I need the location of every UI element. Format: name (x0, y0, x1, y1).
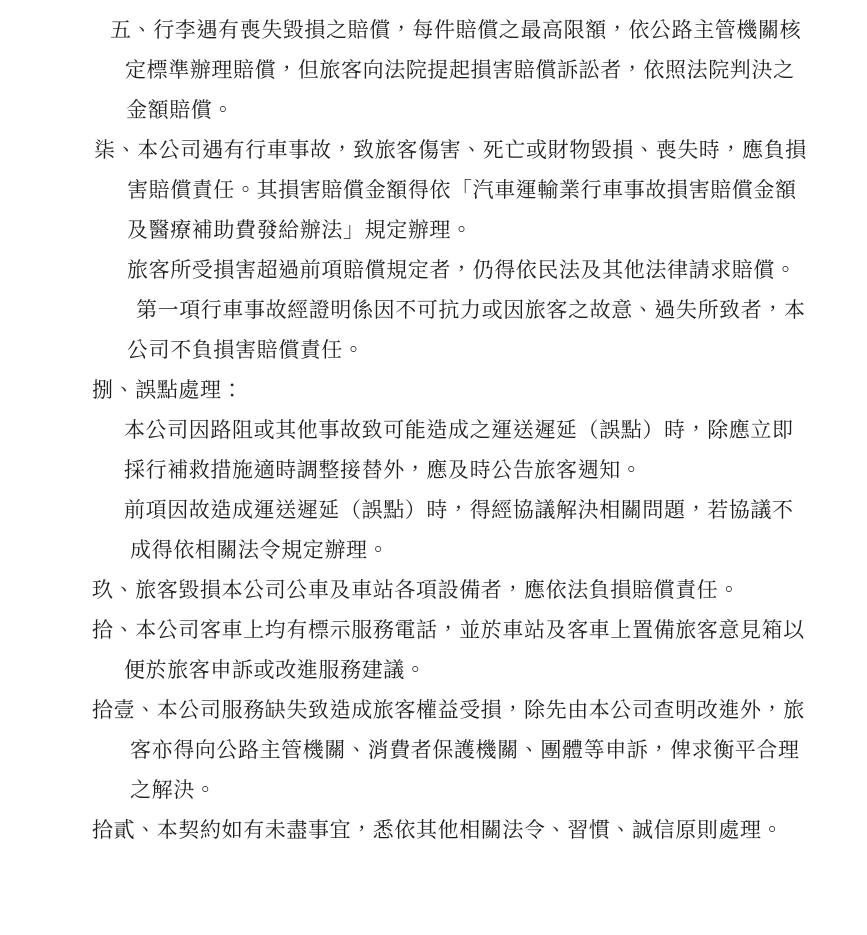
document-line: 之解決。 (0, 770, 867, 810)
document-line: 玖、旅客毀損本公司公車及車站各項設備者，應依法負損賠償責任。 (0, 570, 867, 610)
document-line: 客亦得向公路主管機關、消費者保護機關、團體等申訴，俾求衡平合理 (0, 730, 867, 770)
document-line: 五、行李遇有喪失毀損之賠償，每件賠償之最高限額，依公路主管機關核 (0, 10, 867, 50)
document-line: 柒、本公司遇有行車事故，致旅客傷害、死亡或財物毀損、喪失時，應負損 (0, 130, 867, 170)
document-line: 成得依相關法令規定辦理。 (0, 530, 867, 570)
document-line: 害賠償責任。其損害賠償金額得依「汽車運輸業行車事故損害賠償金額 (0, 170, 867, 210)
document-line: 公司不負損害賠償責任。 (0, 330, 867, 370)
document-line: 拾貳、本契約如有未盡事宜，悉依其他相關法令、習慣、誠信原則處理。 (0, 810, 867, 850)
document-line: 及醫療補助費發給辦法」規定辦理。 (0, 210, 867, 250)
document-line: 前項因故造成運送遲延（誤點）時，得經協議解決相關問題，若協議不 (0, 490, 867, 530)
document-line: 拾、本公司客車上均有標示服務電話，並於車站及客車上置備旅客意見箱以 (0, 610, 867, 650)
document-line: 定標準辦理賠償，但旅客向法院提起損害賠償訴訟者，依照法院判決之 (0, 50, 867, 90)
document-line: 便於旅客申訴或改進服務建議。 (0, 650, 867, 690)
document-line: 本公司因路阻或其他事故致可能造成之運送遲延（誤點）時，除應立即 (0, 410, 867, 450)
document-line: 捌、誤點處理： (0, 370, 867, 410)
document-line: 採行補救措施適時調整接替外，應及時公告旅客週知。 (0, 450, 867, 490)
document-line: 第一項行車事故經證明係因不可抗力或因旅客之故意、過失所致者，本 (0, 290, 867, 330)
document-line: 旅客所受損害超過前項賠償規定者，仍得依民法及其他法律請求賠償。 (0, 250, 867, 290)
document-line: 金額賠償。 (0, 90, 867, 130)
document-text-block: 五、行李遇有喪失毀損之賠償，每件賠償之最高限額，依公路主管機關核定標準辦理賠償，… (0, 0, 867, 850)
document-page: 五、行李遇有喪失毀損之賠償，每件賠償之最高限額，依公路主管機關核定標準辦理賠償，… (0, 0, 867, 935)
document-line: 拾壹、本公司服務缺失致造成旅客權益受損，除先由本公司查明改進外，旅 (0, 690, 867, 730)
